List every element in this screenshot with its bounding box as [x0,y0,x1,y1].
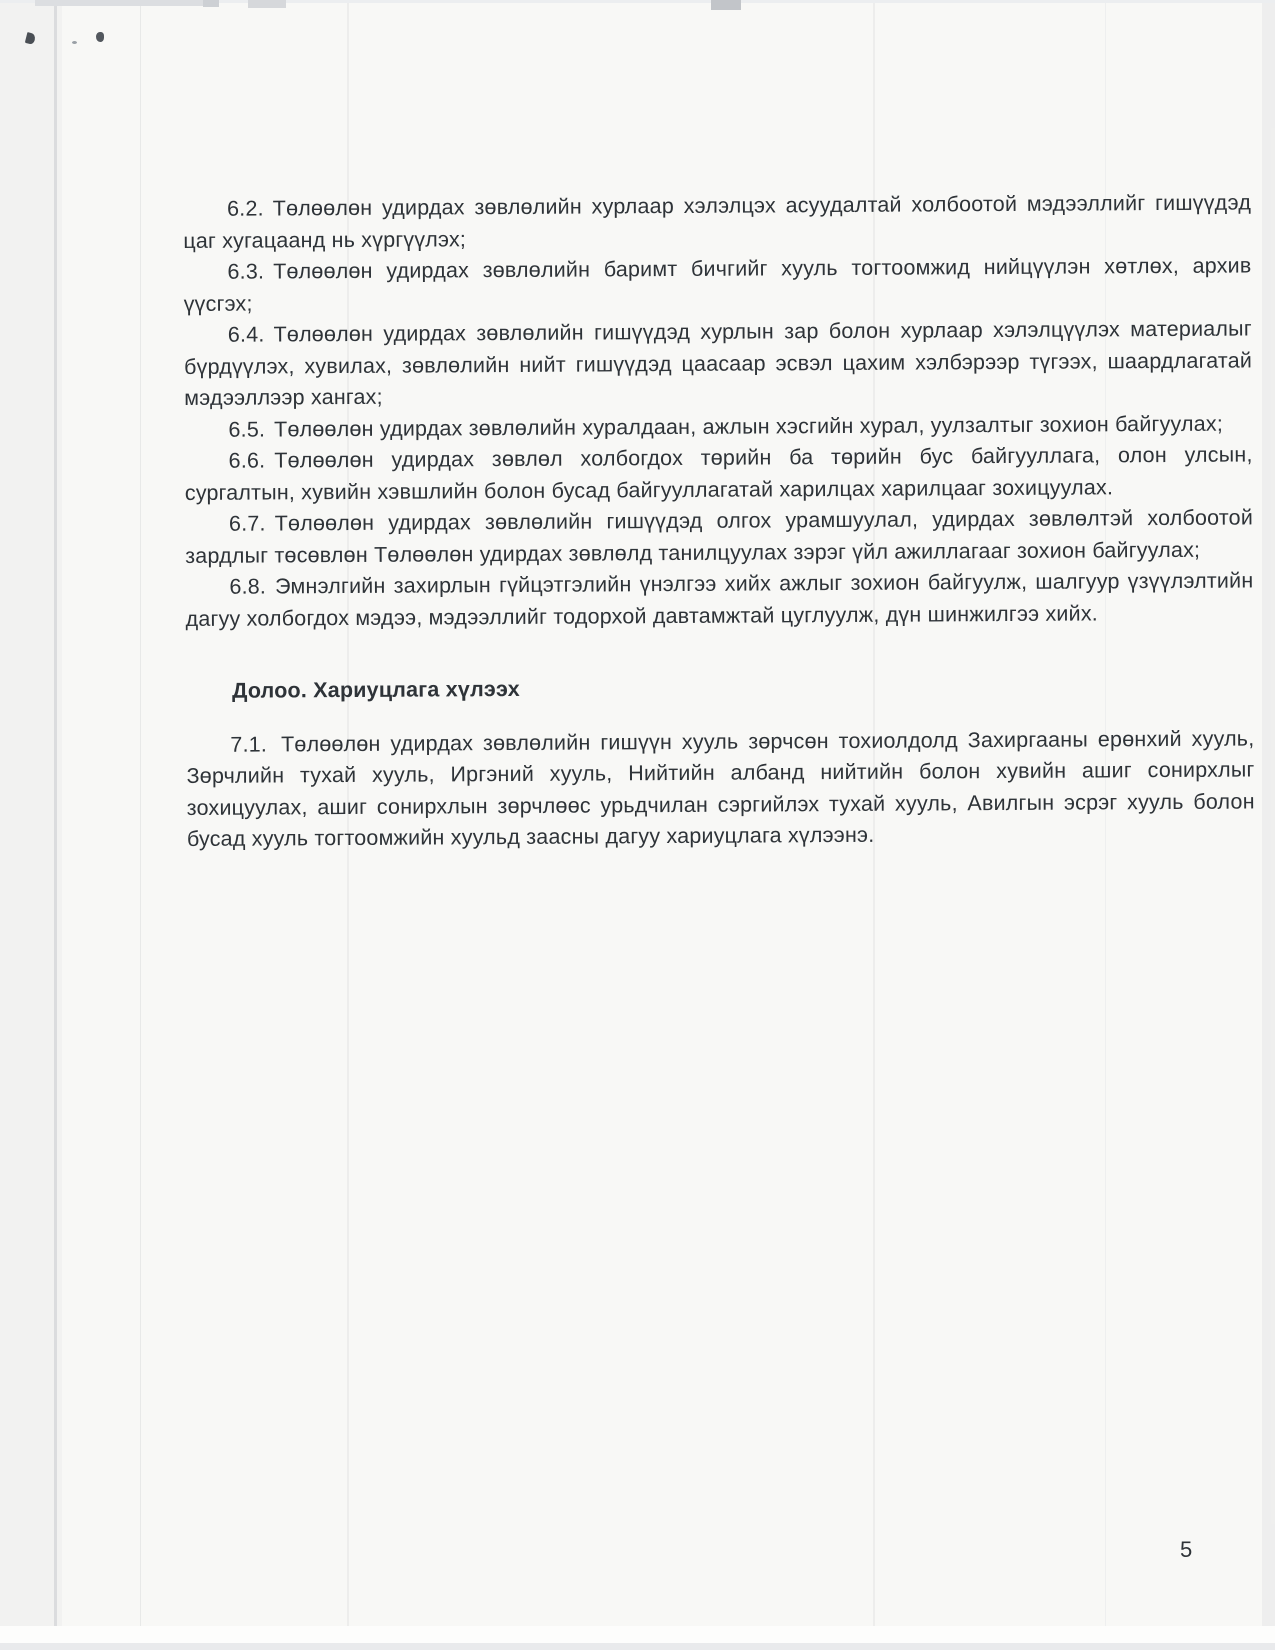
document-content: 6.2.Төлөөлөн удирдах зөвлөлийн хурлаар х… [183,187,1255,855]
scan-edge-artifact [35,0,210,6]
clause-number: 7.1. [230,732,267,756]
scan-streak [0,0,62,1650]
clause-text: Төлөөлөн удирдах зөвлөлийн гишүүн хууль … [186,726,1254,851]
clause-6-8: 6.8.Эмнэлгийн захирлын гүйцэтгэлийн үнэл… [185,565,1253,635]
scan-edge-artifact [0,1626,1275,1643]
clause-text: Төлөөлөн удирдах зөвлөлийн хурлаар хэлэл… [183,190,1251,252]
ink-speck [72,41,77,44]
section-seven-heading: Долоо. Хариуцлага хүлээх [186,669,1254,707]
scan-edge-artifact [0,1643,1275,1650]
ink-speck [96,32,104,42]
clause-text: Эмнэлгийн захирлын гүйцэтгэлийн үнэлгээ … [186,568,1254,630]
clause-text: Төлөөлөн удирдах зөвлөлийн хуралдаан, аж… [274,411,1223,441]
scan-edge-artifact [711,0,741,10]
clause-6-6: 6.6.Төлөөлөн удирдах зөвлөл холбогдох тө… [185,439,1253,509]
clause-number: 6.3. [227,260,264,284]
scan-streak [1262,0,1275,1650]
scan-streak [54,0,57,1650]
clause-6-3: 6.3.Төлөөлөн удирдах зөвлөлийн баримт би… [183,250,1251,320]
clause-7-1: 7.1.Төлөөлөн удирдах зөвлөлийн гишүүн ху… [186,723,1255,856]
clause-6-2: 6.2.Төлөөлөн удирдах зөвлөлийн хурлаар х… [183,187,1251,257]
scan-edge-artifact [0,0,1275,3]
scan-streak [140,0,141,1650]
clause-number: 6.4. [228,323,265,347]
clause-number: 6.6. [229,449,266,473]
clause-text: Төлөөлөн удирдах зөвлөлийн баримт бичгий… [184,253,1252,315]
clause-number: 6.2. [227,197,264,221]
clause-text: Төлөөлөн удирдах зөвлөл холбогдох төрийн… [185,442,1253,504]
scan-edge-artifact [248,0,286,8]
clause-number: 6.7. [229,512,266,536]
clause-number: 6.5. [228,417,265,441]
scanned-document-page: 6.2.Төлөөлөн удирдах зөвлөлийн хурлаар х… [0,0,1275,1650]
page-number: 5 [1180,1537,1192,1563]
clause-text: Төлөөлөн удирдах зөвлөлийн гишүүдэд олго… [185,505,1253,567]
clause-number: 6.8. [229,575,266,599]
clause-6-4: 6.4.Төлөөлөн удирдах зөвлөлийн гишүүдэд … [184,313,1253,414]
scan-edge-artifact [203,0,219,7]
clause-text: Төлөөлөн удирдах зөвлөлийн гишүүдэд хурл… [184,316,1252,410]
ink-speck [25,32,36,45]
clause-6-7: 6.7.Төлөөлөн удирдах зөвлөлийн гишүүдэд … [185,502,1253,572]
